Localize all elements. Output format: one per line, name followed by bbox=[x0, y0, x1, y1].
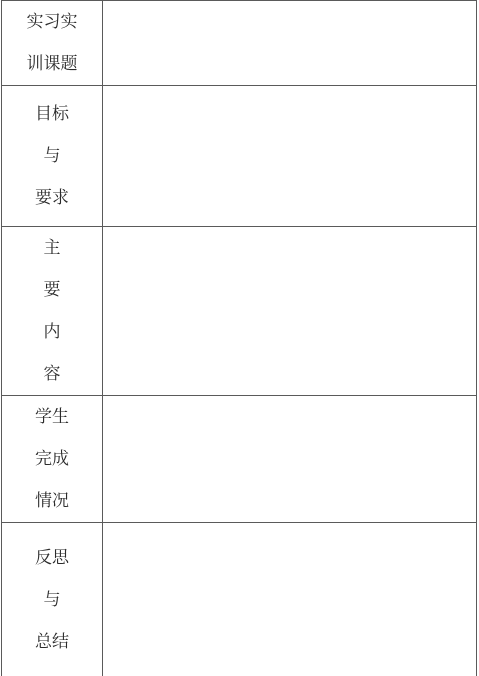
label-line: 实习实 bbox=[27, 1, 78, 43]
content-student-completion[interactable] bbox=[103, 396, 477, 523]
row-reflection: 反思 与 总结 bbox=[2, 523, 477, 676]
label-line: 与 bbox=[44, 135, 61, 177]
label-line: 要求 bbox=[35, 177, 69, 219]
label-line: 学生 bbox=[35, 396, 69, 438]
label-line: 总结 bbox=[35, 621, 69, 663]
label-line: 情况 bbox=[35, 480, 69, 522]
label-line: 主 bbox=[44, 227, 61, 269]
label-line: 与 bbox=[44, 579, 61, 621]
content-topic[interactable] bbox=[103, 1, 477, 86]
row-main-content: 主 要 内 容 bbox=[2, 227, 477, 396]
row-student-completion: 学生 完成 情况 bbox=[2, 396, 477, 523]
label-student-completion: 学生 完成 情况 bbox=[2, 396, 103, 523]
content-main-content[interactable] bbox=[103, 227, 477, 396]
label-goals: 目标 与 要求 bbox=[2, 86, 103, 227]
label-main-content: 主 要 内 容 bbox=[2, 227, 103, 396]
practice-training-form: 实习实 训课题 目标 与 要求 主 要 内 bbox=[1, 0, 477, 676]
label-reflection: 反思 与 总结 bbox=[2, 523, 103, 676]
label-line: 反思 bbox=[35, 537, 69, 579]
row-goals: 目标 与 要求 bbox=[2, 86, 477, 227]
label-line: 容 bbox=[44, 353, 61, 395]
content-goals[interactable] bbox=[103, 86, 477, 227]
label-topic: 实习实 训课题 bbox=[2, 1, 103, 86]
label-line: 要 bbox=[44, 269, 61, 311]
label-line: 完成 bbox=[35, 438, 69, 480]
label-line: 内 bbox=[44, 311, 61, 353]
row-topic: 实习实 训课题 bbox=[2, 1, 477, 86]
label-line: 目标 bbox=[35, 93, 69, 135]
content-reflection[interactable] bbox=[103, 523, 477, 676]
label-line: 训课题 bbox=[27, 43, 78, 85]
